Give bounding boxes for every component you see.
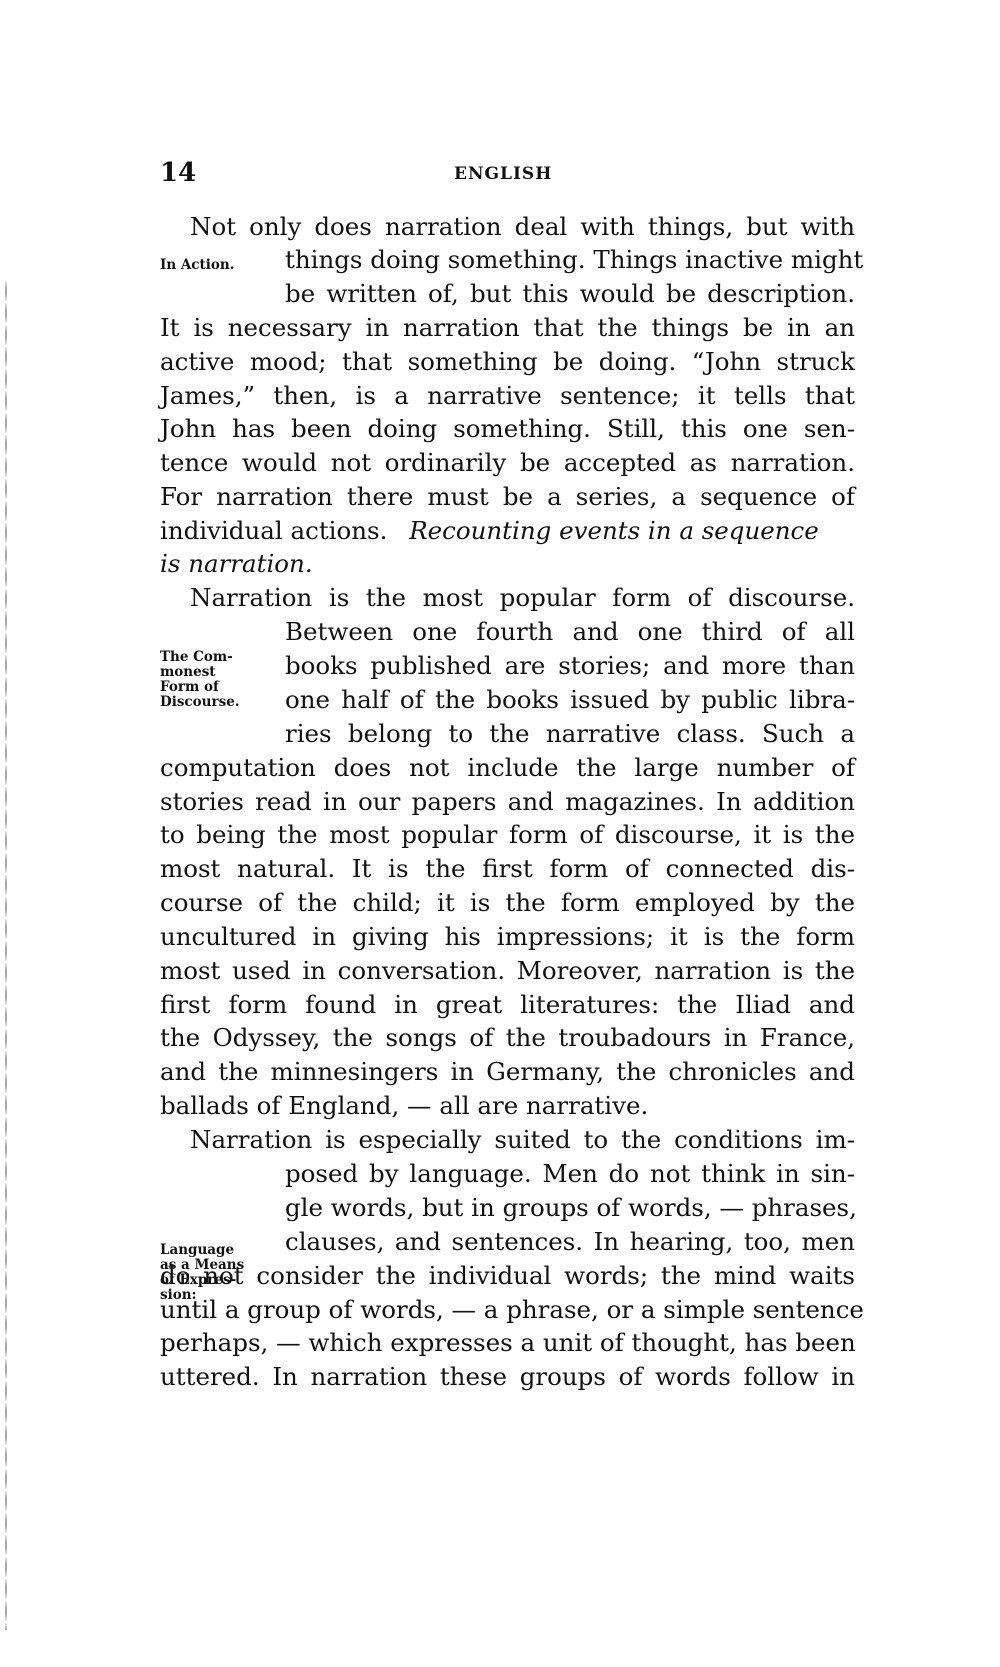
text-line: computation does not include the large n…: [160, 753, 855, 783]
sidenote-line: Language: [160, 1243, 244, 1258]
text-line: stories read in our papers and magazines…: [160, 787, 855, 817]
text-line: is narration.: [160, 549, 855, 579]
text-line: ries belong to the narrative class. Such…: [285, 719, 855, 749]
scan-margin-artifact: [5, 280, 7, 1630]
running-head: ENGLISH: [454, 164, 552, 184]
text-line: Between one fourth and one third of all: [285, 617, 855, 647]
emphasis-text: Recounting events in a sequence: [409, 516, 819, 545]
sidenote-line: Discourse.: [160, 695, 239, 710]
text-line: perhaps, — which expresses a unit of tho…: [160, 1328, 855, 1358]
text-line: and the minnesingers in Germany, the chr…: [160, 1057, 855, 1087]
text-line: most natural. It is the first form of co…: [160, 854, 855, 884]
text-line: Not only does narration deal with things…: [190, 212, 855, 242]
emphasis-text: is narration.: [160, 549, 313, 578]
sidenote-in-action: In Action.: [160, 258, 234, 273]
text-line: most used in conversation. Moreover, nar…: [160, 956, 855, 986]
text-line: Narration is the most popular form of di…: [190, 583, 855, 613]
text-span: individual actions.: [160, 516, 387, 545]
text-line: course of the child; it is the form empl…: [160, 888, 855, 918]
text-line: books published are stories; and more th…: [285, 651, 855, 681]
text-line: posed by language. Men do not think in s…: [285, 1159, 855, 1189]
text-line: tence would not ordinarily be accepted a…: [160, 448, 855, 478]
text-line: James,” then, is a narrative sentence; i…: [160, 381, 855, 411]
text-line: to being the most popular form of discou…: [160, 820, 855, 850]
text-line: uttered. In narration these groups of wo…: [160, 1362, 855, 1392]
text-line: Narration is especially suited to the co…: [190, 1125, 855, 1155]
text-line: uncultured in giving his impressions; it…: [160, 922, 855, 952]
text-line: It is necessary in narration that the th…: [160, 313, 855, 343]
sidenote-line: Form of: [160, 680, 239, 695]
sidenote-line: monest: [160, 665, 239, 680]
text-line: until a group of words, — a phrase, or a…: [160, 1295, 855, 1325]
text-line: For narration there must be a series, a …: [160, 482, 855, 512]
text-line: gle words, but in groups of words, — phr…: [285, 1193, 855, 1223]
text-line: clauses, and sentences. In hearing, too,…: [285, 1227, 855, 1257]
text-line: John has been doing something. Still, th…: [160, 414, 855, 444]
text-line: one half of the books issued by public l…: [285, 685, 855, 715]
sidenote-line: The Com-: [160, 650, 239, 665]
sidenote-commonest-form: The Com- monest Form of Discourse.: [160, 650, 239, 710]
text-line: do not consider the individual words; th…: [160, 1261, 855, 1291]
text-line: first form found in great literatures: t…: [160, 990, 855, 1020]
text-line: active mood; that something be doing. “J…: [160, 347, 855, 377]
book-page: 14 ENGLISH In Action. The Com- monest Fo…: [0, 0, 1000, 1667]
text-line: individual actions. Recounting events in…: [160, 516, 855, 546]
text-line: the Odyssey, the songs of the troubadour…: [160, 1023, 855, 1053]
text-line: things doing something. Things inactive …: [285, 245, 855, 275]
text-line: ballads of England, — all are narrative.: [160, 1091, 855, 1121]
page-number: 14: [160, 158, 196, 188]
text-line: be written of, but this would be descrip…: [285, 279, 855, 309]
